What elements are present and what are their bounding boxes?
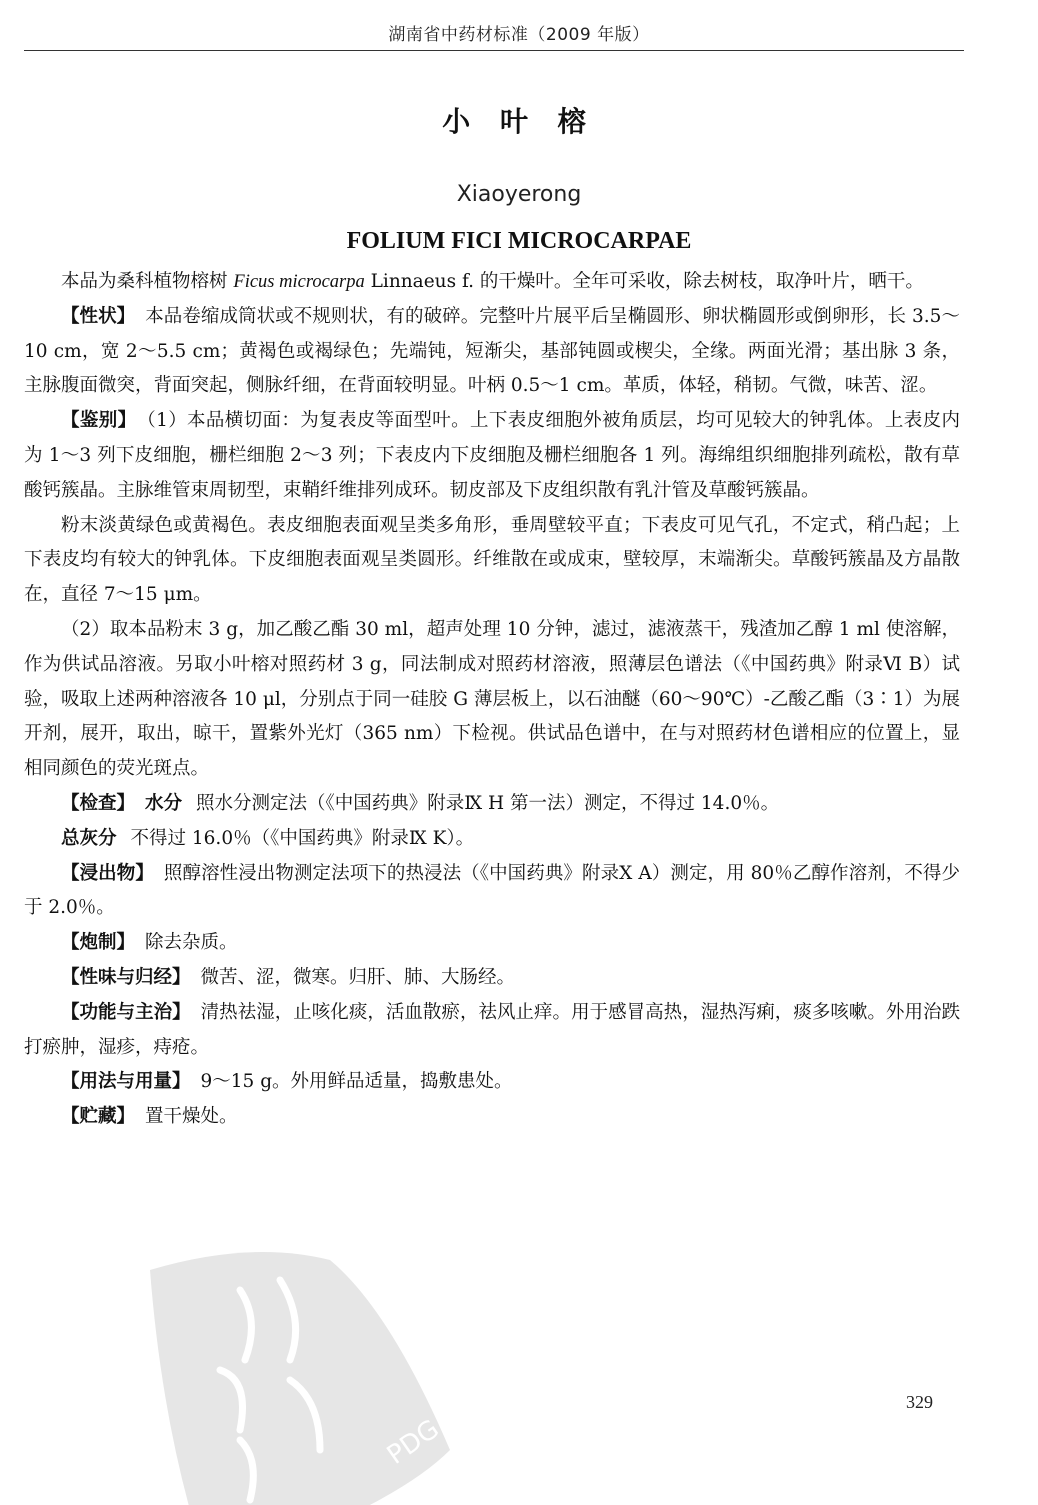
monograph-title: 小 叶 榕 xyxy=(0,100,1038,140)
intro-text: 本品为桑科植物榕树 xyxy=(61,271,233,292)
species-name: Ficus microcarpa xyxy=(233,272,364,292)
ash-label: 总灰分 xyxy=(61,828,117,849)
section-label: 【用法与用量】 xyxy=(61,1071,191,1092)
inspection-ash: 总灰分不得过 16.0％（《中国药典》附录Ⅸ K）。 xyxy=(24,822,960,857)
header-divider xyxy=(24,50,964,51)
section-label: 【浸出物】 xyxy=(61,863,154,884)
section-identification: 【鉴别】（1）本品横切面：为复表皮等面型叶。上下表皮细胞外被角质层，均可见较大的… xyxy=(24,404,960,508)
monograph-pinyin: Xiaoyerong xyxy=(0,182,1038,207)
running-header: 湖南省中药材标准（2009 年版） xyxy=(0,20,1038,45)
page-number: 329 xyxy=(906,1392,933,1413)
section-text: 9～15 g。外用鲜品适量，捣敷患处。 xyxy=(201,1071,513,1092)
section-function-indication: 【功能与主治】清热祛湿，止咳化痰，活血散瘀，祛风止痒。用于感冒高热，湿热泻痢，痰… xyxy=(24,996,960,1066)
section-label: 【鉴别】 xyxy=(61,410,136,431)
section-label: 【贮藏】 xyxy=(61,1106,135,1127)
section-description: 【性状】本品卷缩成筒状或不规则状，有的破碎。完整叶片展平后呈椭圆形、卵状椭圆形或… xyxy=(24,300,960,404)
intro-paragraph: 本品为桑科植物榕树 Ficus microcarpa Linnaeus f. 的… xyxy=(24,265,960,300)
section-extractives: 【浸出物】照醇溶性浸出物测定法项下的热浸法（《中国药典》附录Ⅹ A）测定，用 8… xyxy=(24,857,960,927)
watermark-seal-icon: PDG xyxy=(130,1250,470,1505)
section-label: 【检查】 xyxy=(61,793,135,814)
section-inspection: 【检查】水分照水分测定法（《中国药典》附录Ⅸ H 第一法）测定，不得过 14.0… xyxy=(24,787,960,822)
identification-tlc: （2）取本品粉末 3 g，加乙酸乙酯 30 ml，超声处理 10 分钟，滤过，滤… xyxy=(24,613,960,787)
section-usage-dosage: 【用法与用量】9～15 g。外用鲜品适量，捣敷患处。 xyxy=(24,1065,960,1100)
section-text: 照醇溶性浸出物测定法项下的热浸法（《中国药典》附录Ⅹ A）测定，用 80％乙醇作… xyxy=(24,863,960,919)
ash-text: 不得过 16.0％（《中国药典》附录Ⅸ K）。 xyxy=(131,828,475,849)
section-property-meridian: 【性味与归经】微苦、涩，微寒。归肝、肺、大肠经。 xyxy=(24,961,960,996)
section-text: 本品卷缩成筒状或不规则状，有的破碎。完整叶片展平后呈椭圆形、卵状椭圆形或倒卵形，… xyxy=(24,306,960,397)
identification-powder: 粉末淡黄绿色或黄褐色。表皮细胞表面观呈类多角形，垂周壁较平直；下表皮可见气孔，不… xyxy=(24,509,960,613)
section-text: 微苦、涩，微寒。归肝、肺、大肠经。 xyxy=(201,967,516,988)
section-text: 置干燥处。 xyxy=(145,1106,238,1127)
section-text: 除去杂质。 xyxy=(145,932,238,953)
section-label: 【性状】 xyxy=(61,306,135,327)
intro-text-cont: Linnaeus f. 的干燥叶。全年可采收，除去树枝，取净叶片，晒干。 xyxy=(365,271,924,292)
water-text: 照水分测定法（《中国药典》附录Ⅸ H 第一法）测定，不得过 14.0％。 xyxy=(196,793,779,814)
water-label: 水分 xyxy=(145,793,182,814)
section-storage: 【贮藏】置干燥处。 xyxy=(24,1100,960,1135)
section-processing: 【炮制】除去杂质。 xyxy=(24,926,960,961)
monograph-latin-name: FOLIUM FICI MICROCARPAE xyxy=(0,228,1038,255)
section-label: 【炮制】 xyxy=(61,932,135,953)
section-label: 【功能与主治】 xyxy=(61,1002,191,1023)
section-text: （1）本品横切面：为复表皮等面型叶。上下表皮细胞外被角质层，均可见较大的钟乳体。… xyxy=(24,410,960,501)
monograph-body: 本品为桑科植物榕树 Ficus microcarpa Linnaeus f. 的… xyxy=(24,265,960,1135)
section-label: 【性味与归经】 xyxy=(61,967,191,988)
